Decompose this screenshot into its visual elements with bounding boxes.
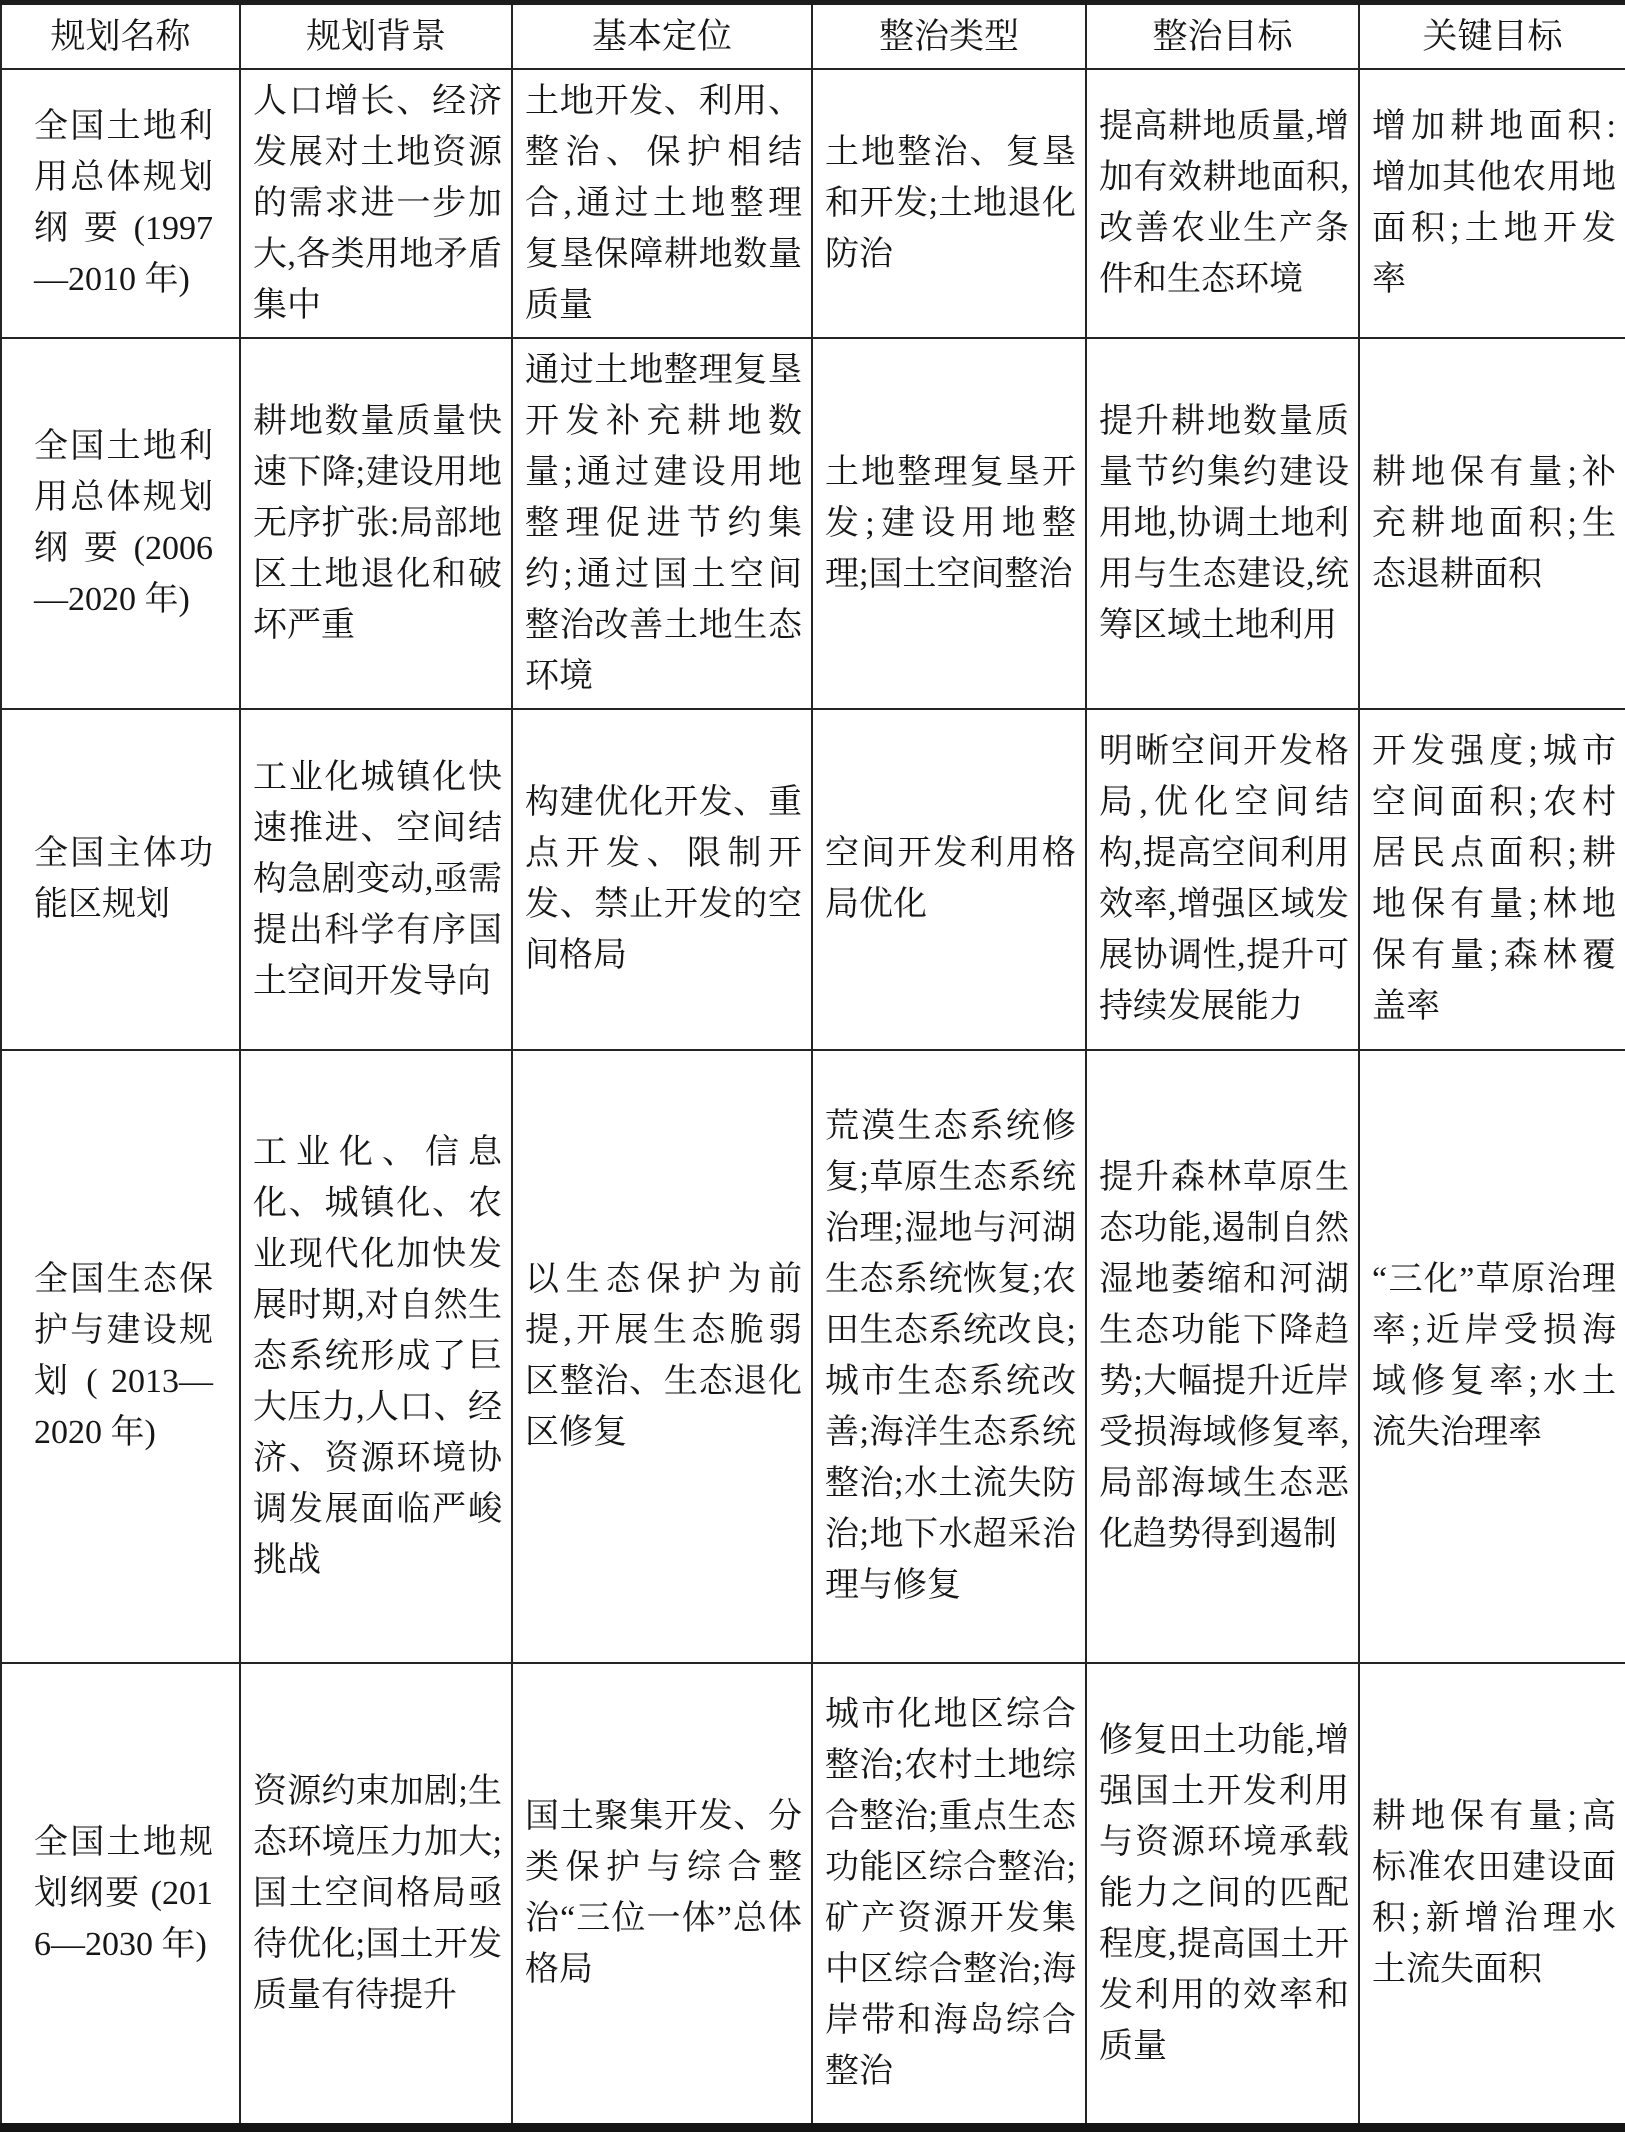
table-row: 全国土地利用总体规划纲要(1997—2010 年) 人口增长、经济发展对土地资源… <box>1 69 1625 338</box>
table-cell-key-goal: 增加耕地面积:增加其他农用地面积;土地开发率 <box>1359 69 1625 338</box>
table-cell-background: 人口增长、经济发展对土地资源的需求进一步加大,各类用地矛盾集中 <box>240 69 512 338</box>
table-cell-key-goal: 开发强度;城市空间面积;农村居民点面积;耕地保有量;林地保有量;森林覆盖率 <box>1359 709 1625 1050</box>
column-header-positioning: 基本定位 <box>512 3 812 69</box>
table-cell-plan-name: 全国土地利用总体规划纲要(1997—2010 年) <box>1 69 240 338</box>
table-cell-goal: 提升耕地数量质量节约集约建设用地,协调土地利用与生态建设,统筹区域土地利用 <box>1086 338 1359 709</box>
column-header-type: 整治类型 <box>812 3 1086 69</box>
table-cell-positioning: 构建优化开发、重点开发、限制开发、禁止开发的空间格局 <box>512 709 812 1050</box>
table-cell-positioning: 土地开发、利用、整治、保护相结合,通过土地整理复垦保障耕地数量质量 <box>512 69 812 338</box>
table-cell-type: 土地整治、复垦和开发;土地退化防治 <box>812 69 1086 338</box>
table-cell-type: 城市化地区综合整治;农村土地综合整治;重点生态功能区综合整治;矿产资源开发集中区… <box>812 1663 1086 2128</box>
table-cell-positioning: 通过土地整理复垦开发补充耕地数量;通过建设用地整理促进节约集约;通过国土空间整治… <box>512 338 812 709</box>
table-cell-type: 空间开发利用格局优化 <box>812 709 1086 1050</box>
table-cell-background: 耕地数量质量快速下降;建设用地无序扩张:局部地区土地退化和破坏严重 <box>240 338 512 709</box>
table-cell-type: 荒漠生态系统修复;草原生态系统治理;湿地与河湖生态系统恢复;农田生态系统改良;城… <box>812 1050 1086 1663</box>
table-cell-background: 工业化、信息化、城镇化、农业现代化加快发展时期,对自然生态系统形成了巨大压力,人… <box>240 1050 512 1663</box>
table-cell-plan-name: 全国土地利用总体规划纲要(2006—2020 年) <box>1 338 240 709</box>
table-cell-goal: 提升森林草原生态功能,遏制自然湿地萎缩和河湖生态功能下降趋势;大幅提升近岸受损海… <box>1086 1050 1359 1663</box>
table-cell-goal: 提高耕地质量,增加有效耕地面积,改善农业生产条件和生态环境 <box>1086 69 1359 338</box>
table-cell-positioning: 以生态保护为前提,开展生态脆弱区整治、生态退化区修复 <box>512 1050 812 1663</box>
table-row: 全国土地利用总体规划纲要(2006—2020 年) 耕地数量质量快速下降;建设用… <box>1 338 1625 709</box>
table-cell-plan-name: 全国主体功能区规划 <box>1 709 240 1050</box>
table-cell-goal: 明晰空间开发格局,优化空间结构,提高空间利用效率,增强区域发展协调性,提升可持续… <box>1086 709 1359 1050</box>
table-cell-goal: 修复田土功能,增强国土开发利用与资源环境承载能力之间的匹配程度,提高国土开发利用… <box>1086 1663 1359 2128</box>
table-cell-key-goal: “三化”草原治理率;近岸受损海域修复率;水土流失治理率 <box>1359 1050 1625 1663</box>
column-header-goal: 整治目标 <box>1086 3 1359 69</box>
table-row: 全国土地规划纲要 (2016—2030 年) 资源约束加剧;生态环境压力加大;国… <box>1 1663 1625 2128</box>
column-header-key-goal: 关键目标 <box>1359 3 1625 69</box>
table-cell-background: 工业化城镇化快速推进、空间结构急剧变动,亟需提出科学有序国土空间开发导向 <box>240 709 512 1050</box>
table-cell-plan-name: 全国生态保护与建设规划 ( 2013—2020 年) <box>1 1050 240 1663</box>
table-header-row: 规划名称 规划背景 基本定位 整治类型 整治目标 关键目标 <box>1 3 1625 69</box>
table-cell-positioning: 国土聚集开发、分类保护与综合整治“三位一体”总体格局 <box>512 1663 812 2128</box>
land-planning-table: 规划名称 规划背景 基本定位 整治类型 整治目标 关键目标 全国土地利用总体规划… <box>0 0 1625 2132</box>
table-cell-background: 资源约束加剧;生态环境压力加大;国土空间格局亟待优化;国土开发质量有待提升 <box>240 1663 512 2128</box>
table-cell-plan-name: 全国土地规划纲要 (2016—2030 年) <box>1 1663 240 2128</box>
column-header-background: 规划背景 <box>240 3 512 69</box>
table-row: 全国生态保护与建设规划 ( 2013—2020 年) 工业化、信息化、城镇化、农… <box>1 1050 1625 1663</box>
column-header-plan-name: 规划名称 <box>1 3 240 69</box>
table-cell-type: 土地整理复垦开发;建设用地整理;国土空间整治 <box>812 338 1086 709</box>
table-cell-key-goal: 耕地保有量;补充耕地面积;生态退耕面积 <box>1359 338 1625 709</box>
table-cell-key-goal: 耕地保有量;高标准农田建设面积;新增治理水土流失面积 <box>1359 1663 1625 2128</box>
table-row: 全国主体功能区规划 工业化城镇化快速推进、空间结构急剧变动,亟需提出科学有序国土… <box>1 709 1625 1050</box>
